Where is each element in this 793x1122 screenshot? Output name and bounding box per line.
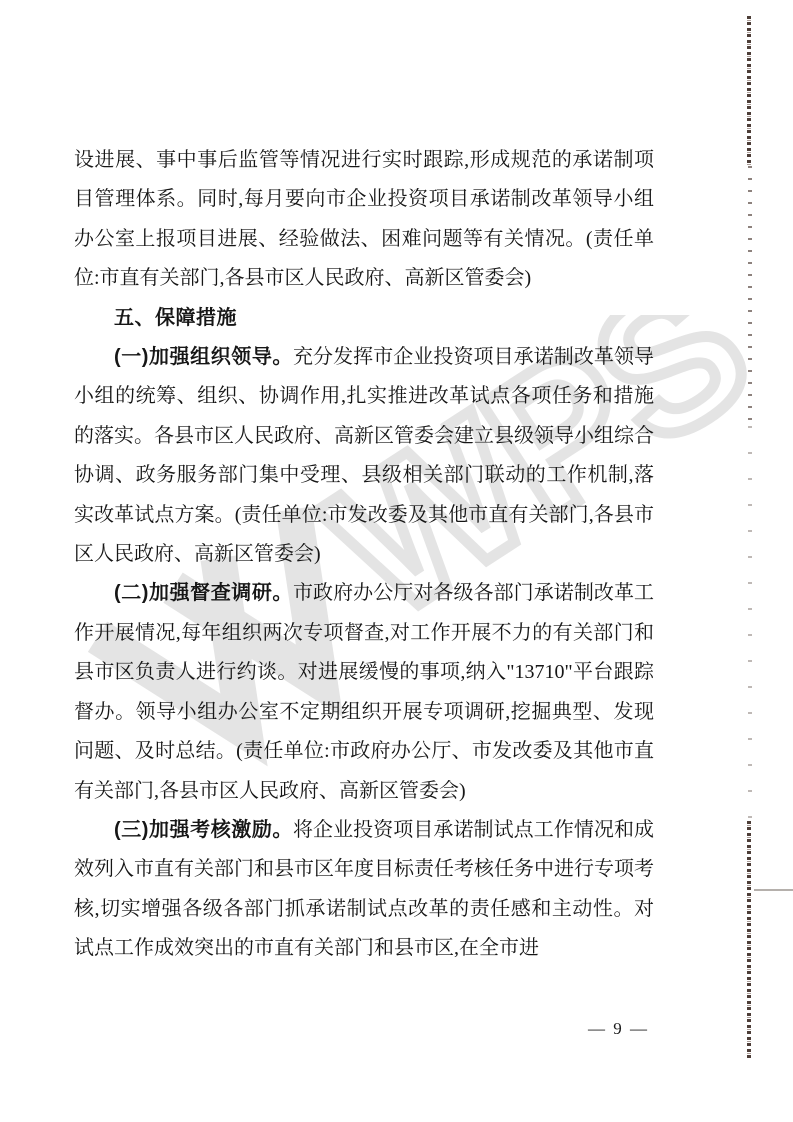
paragraph: (一)加强组织领导。充分发挥市企业投资项目承诺制改革领导小组的统筹、组织、协调作… — [74, 338, 654, 574]
document-body: 设进展、事中事后监管等情况进行实时跟踪,形成规范的承诺制项目管理体系。同时,每月… — [74, 141, 654, 969]
document-page: WPS 设进展、事中事后监管等情况进行实时跟踪,形成规范的承诺制项目管理体系。同… — [0, 0, 793, 1122]
paragraph: 设进展、事中事后监管等情况进行实时跟踪,形成规范的承诺制项目管理体系。同时,每月… — [74, 141, 654, 299]
paragraph-text: 充分发挥市企业投资项目承诺制改革领导小组的统筹、组织、协调作用,扎实推进改革试点… — [74, 346, 654, 565]
paragraph-lead-text: 五、保障措施 — [114, 307, 237, 329]
paragraph-lead-text: (三)加强考核激励。 — [114, 819, 293, 841]
scan-edge-line — [754, 889, 793, 891]
paragraph: (二)加强督查调研。市政府办公厅对各级各部门承诺制改革工作开展情况,每年组织两次… — [74, 574, 654, 810]
scan-edge-artifact-upper — [748, 166, 752, 426]
scan-edge-artifact-middle — [748, 426, 752, 821]
paragraph-lead-text: (一)加强组织领导。 — [114, 346, 293, 368]
page-number: — 9 — — [588, 1019, 649, 1039]
paragraph-text: 设进展、事中事后监管等情况进行实时跟踪,形成规范的承诺制项目管理体系。同时,每月… — [74, 149, 654, 289]
paragraph: 五、保障措施 — [74, 299, 654, 338]
paragraph-text: 市政府办公厅对各级各部门承诺制改革工作开展情况,每年组织两次专项督查,对工作开展… — [74, 582, 654, 801]
scan-edge-artifact-top — [747, 16, 751, 166]
scan-edge-artifact-bottom — [747, 821, 751, 1059]
paragraph: (三)加强考核激励。将企业投资项目承诺制试点工作情况和成效列入市直有关部门和县市… — [74, 811, 654, 969]
paragraph-lead-text: (二)加强督查调研。 — [114, 582, 293, 604]
